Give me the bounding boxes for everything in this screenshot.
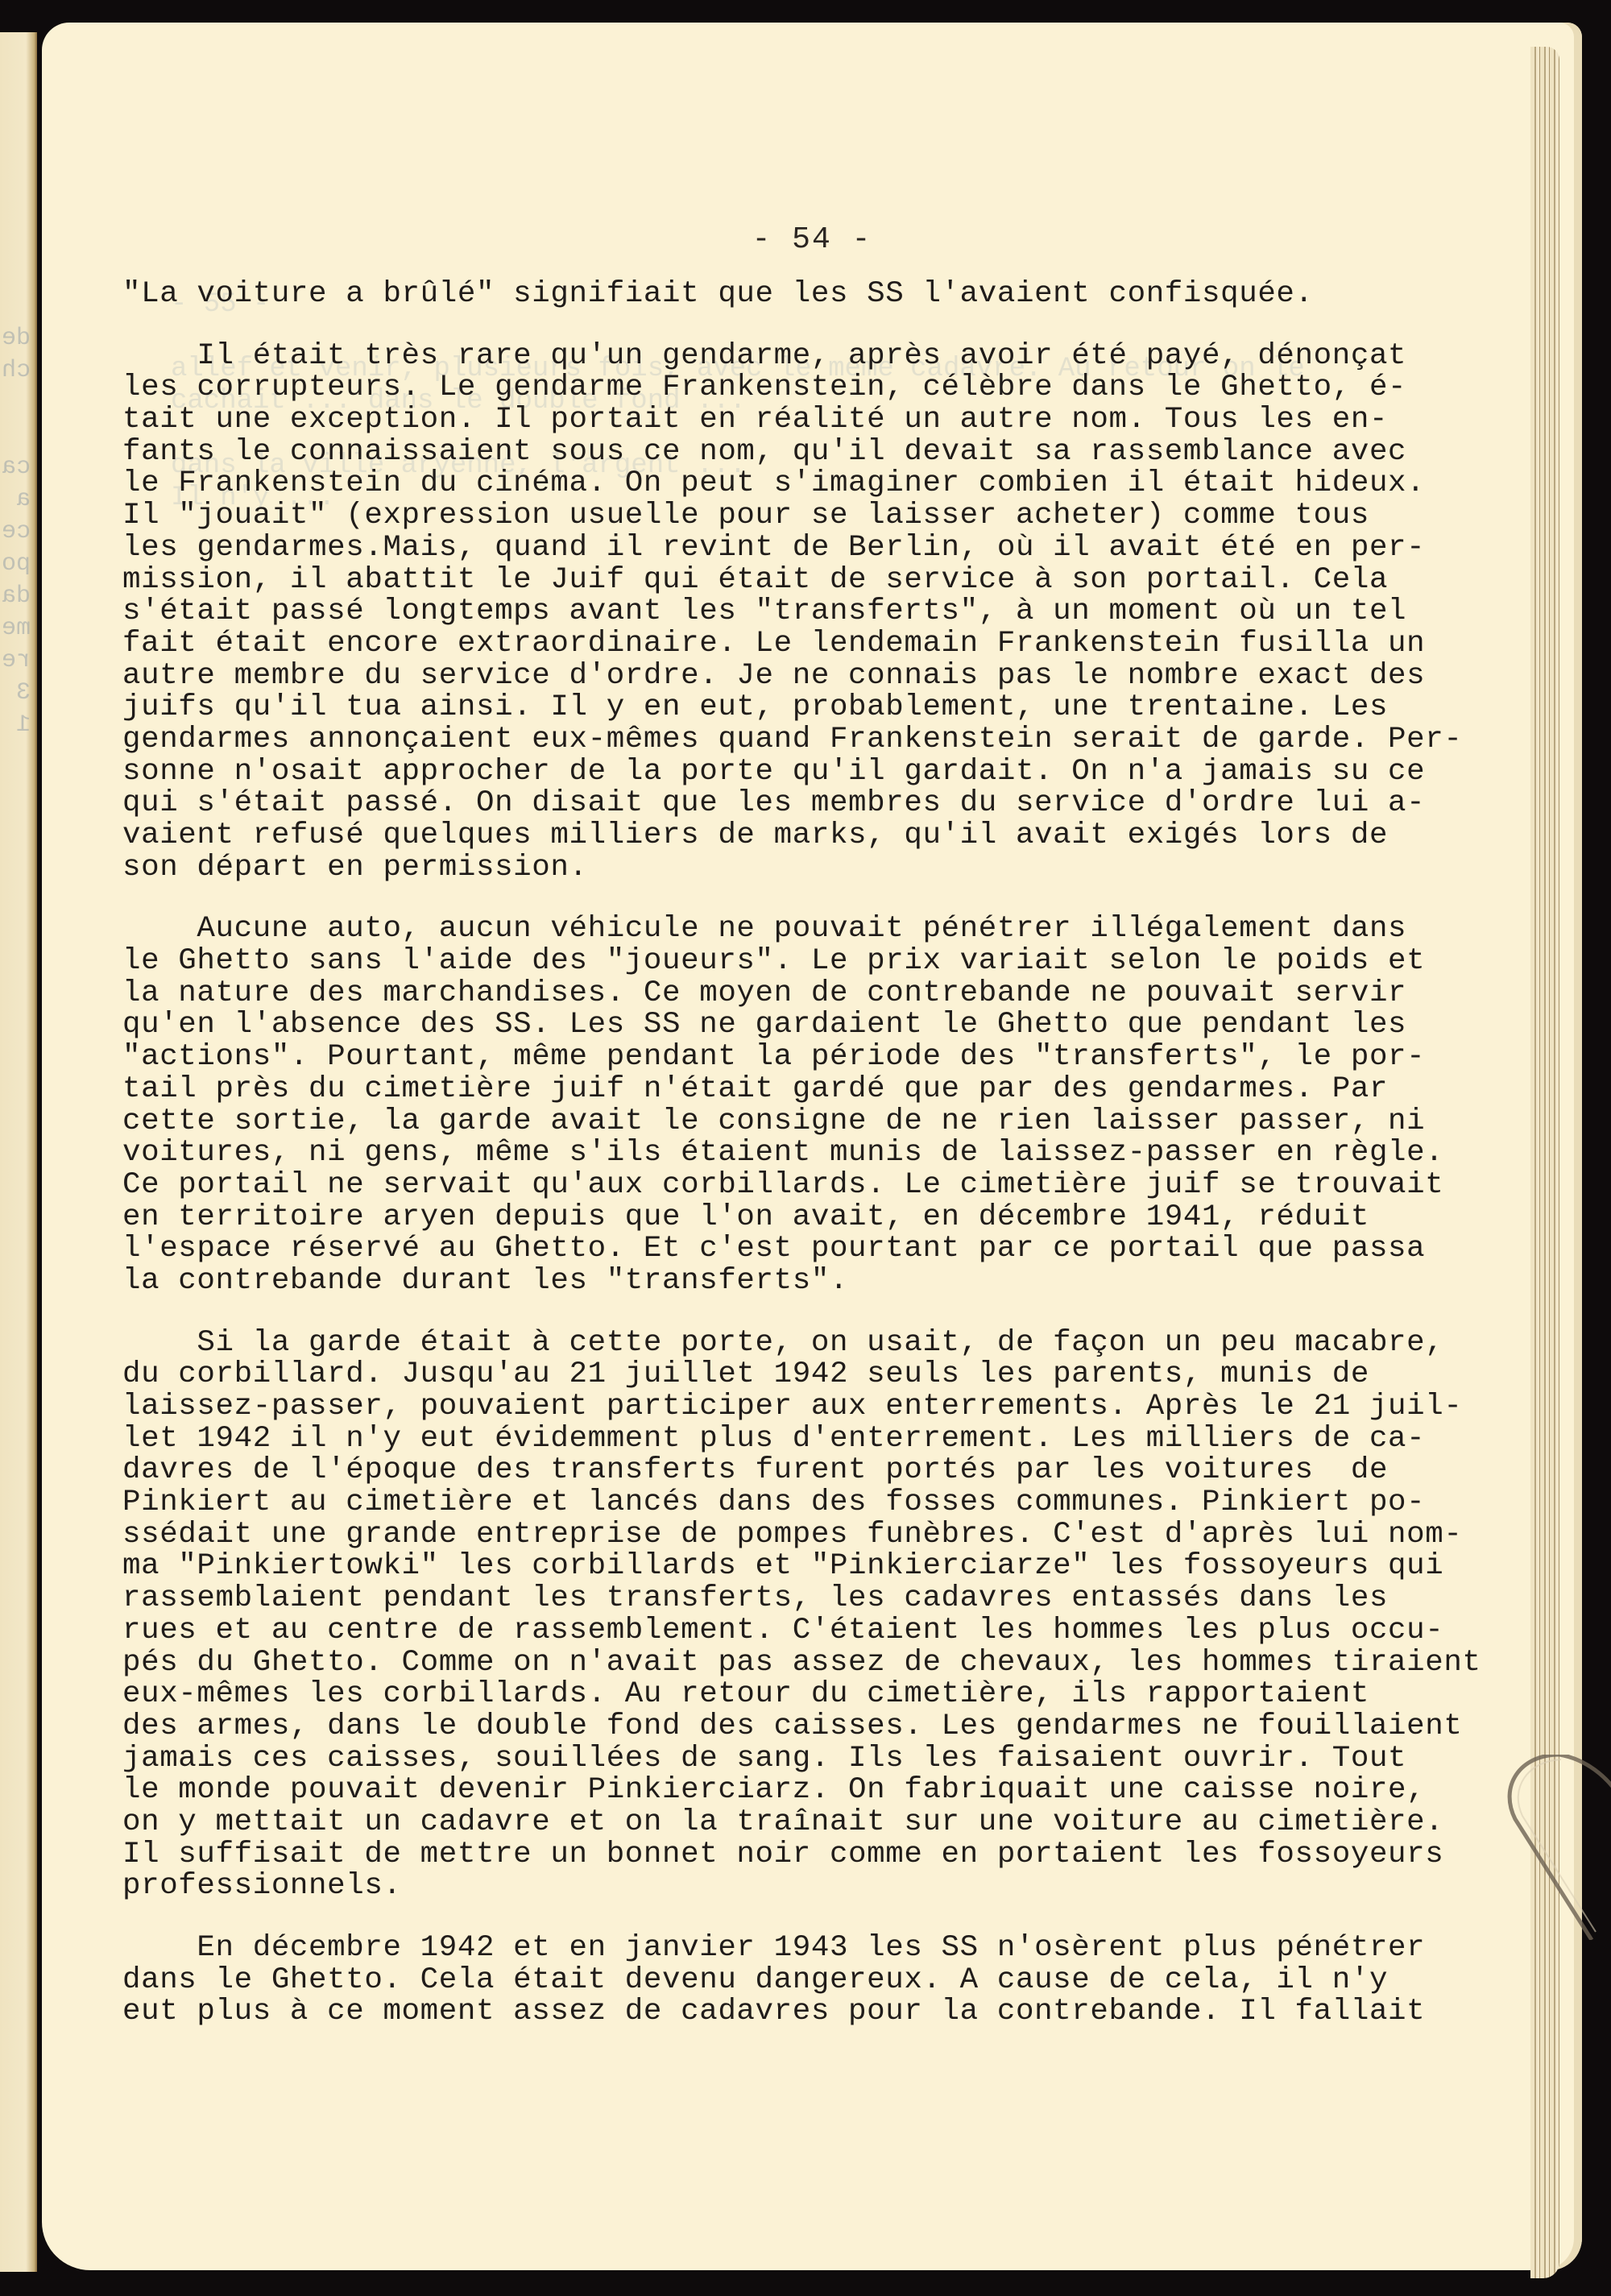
text-line: "La voiture a brûlé" signifiait que les … xyxy=(122,279,1572,311)
text-line: vaient refusé quelques milliers de marks… xyxy=(122,820,1572,852)
text-line: des armes, dans le double fond des caiss… xyxy=(122,1711,1572,1743)
paragraph-gap xyxy=(122,1903,1572,1933)
text-line: qu'en l'absence des SS. Les SS ne gardai… xyxy=(122,1009,1572,1042)
text-line: fait était encore extraordinaire. Le len… xyxy=(122,628,1572,661)
text-line: en territoire aryen depuis que l'on avai… xyxy=(122,1202,1572,1234)
text-line: Si la garde était à cette porte, on usai… xyxy=(122,1328,1572,1360)
document-page: - 55 - allef et venir, plusieurs fois, a… xyxy=(42,23,1582,2270)
text-line: tait une exception. Il portait en réalit… xyxy=(122,404,1572,437)
text-line: son départ en permission. xyxy=(122,852,1572,885)
text-line: Il suffisait de mettre un bonnet noir co… xyxy=(122,1839,1572,1871)
text-line: Il était très rare qu'un gendarme, après… xyxy=(122,341,1572,373)
text-line: Ce portail ne servait qu'aux corbillards… xyxy=(122,1170,1572,1202)
text-line: le Frankenstein du cinéma. On peut s'ima… xyxy=(122,468,1572,500)
text-line: Pinkiert au cimetière et lancés dans des… xyxy=(122,1487,1572,1519)
text-line: ma "Pinkiertowki" les corbillards et "Pi… xyxy=(122,1551,1572,1583)
text-line: tail près du cimetière juif n'était gard… xyxy=(122,1074,1572,1106)
text-line: qui s'était passé. On disait que les mem… xyxy=(122,788,1572,820)
paragraph-gap xyxy=(122,311,1572,341)
paragraph: Il était très rare qu'un gendarme, après… xyxy=(122,341,1572,885)
text-line: la contrebande durant les "transferts". xyxy=(122,1266,1572,1298)
text-line: on y mettait un cadavre et on la traînai… xyxy=(122,1807,1572,1839)
paperclip-icon xyxy=(1503,1755,1611,1940)
text-line: les gendarmes.Mais, quand il revint de B… xyxy=(122,533,1572,565)
text-line: s'était passé longtemps avant les "trans… xyxy=(122,596,1572,628)
text-line: mission, il abattit le Juif qui était de… xyxy=(122,565,1572,597)
text-line: dans le Ghetto. Cela était devenu danger… xyxy=(122,1965,1572,1997)
text-line: En décembre 1942 et en janvier 1943 les … xyxy=(122,1933,1572,1965)
text-line: "actions". Pourtant, même pendant la pér… xyxy=(122,1042,1572,1074)
text-line: du corbillard. Jusqu'au 21 juillet 1942 … xyxy=(122,1359,1572,1391)
text-line: fants le connaissaient sous ce nom, qu'i… xyxy=(122,437,1572,469)
paragraph: Si la garde était à cette porte, on usai… xyxy=(122,1328,1572,1903)
paragraph: Aucune auto, aucun véhicule ne pouvait p… xyxy=(122,914,1572,1297)
text-line: les corrupteurs. Le gendarme Frankenstei… xyxy=(122,372,1572,404)
text-line: eut plus à ce moment assez de cadavres p… xyxy=(122,1996,1572,2029)
text-line: autre membre du service d'ordre. Je ne c… xyxy=(122,661,1572,693)
text-line: juifs qu'il tua ainsi. Il y en eut, prob… xyxy=(122,692,1572,724)
text-line: gendarmes annonçaient eux-mêmes quand Fr… xyxy=(122,724,1572,756)
text-line: ssédait une grande entreprise de pompes … xyxy=(122,1519,1572,1552)
text-line: let 1942 il n'y eut évidemment plus d'en… xyxy=(122,1424,1572,1456)
body-text: "La voiture a brûlé" signifiait que les … xyxy=(122,279,1572,2029)
text-line: rassemblaient pendant les transferts, le… xyxy=(122,1583,1572,1615)
text-line: voitures, ni gens, même s'ils étaient mu… xyxy=(122,1138,1572,1170)
text-line: l'espace réservé au Ghetto. Et c'est pou… xyxy=(122,1233,1572,1266)
text-line: laissez-passer, pouvaient participer aux… xyxy=(122,1391,1572,1424)
text-line: rues et au centre de rassemblement. C'ét… xyxy=(122,1615,1572,1647)
text-line: professionnels. xyxy=(122,1871,1572,1903)
text-line: sonne n'osait approcher de la porte qu'i… xyxy=(122,756,1572,789)
paragraph: En décembre 1942 et en janvier 1943 les … xyxy=(122,1933,1572,2029)
paragraph-gap xyxy=(122,1298,1572,1328)
facing-page-fragments: de ch ca a ce po da me re 3 1 xyxy=(2,322,31,741)
text-line: davres de l'époque des transferts furent… xyxy=(122,1455,1572,1487)
paragraph-gap xyxy=(122,884,1572,914)
text-line: pés du Ghetto. Comme on n'avait pas asse… xyxy=(122,1647,1572,1680)
text-line: cette sortie, la garde avait le consigne… xyxy=(122,1106,1572,1138)
text-line: la nature des marchandises. Ce moyen de … xyxy=(122,978,1572,1010)
text-line: le monde pouvait devenir Pinkierciarz. O… xyxy=(122,1775,1572,1807)
text-line: eux-mêmes les corbillards. Au retour du … xyxy=(122,1679,1572,1711)
paragraph: "La voiture a brûlé" signifiait que les … xyxy=(122,279,1572,311)
text-line: Il "jouait" (expression usuelle pour se … xyxy=(122,500,1572,533)
facing-page-edge: de ch ca a ce po da me re 3 1 xyxy=(0,32,37,2272)
page-number: - 54 - xyxy=(42,222,1582,257)
text-line: Aucune auto, aucun véhicule ne pouvait p… xyxy=(122,914,1572,946)
text-line: jamais ces caisses, souillées de sang. I… xyxy=(122,1743,1572,1776)
text-line: le Ghetto sans l'aide des "joueurs". Le … xyxy=(122,946,1572,978)
